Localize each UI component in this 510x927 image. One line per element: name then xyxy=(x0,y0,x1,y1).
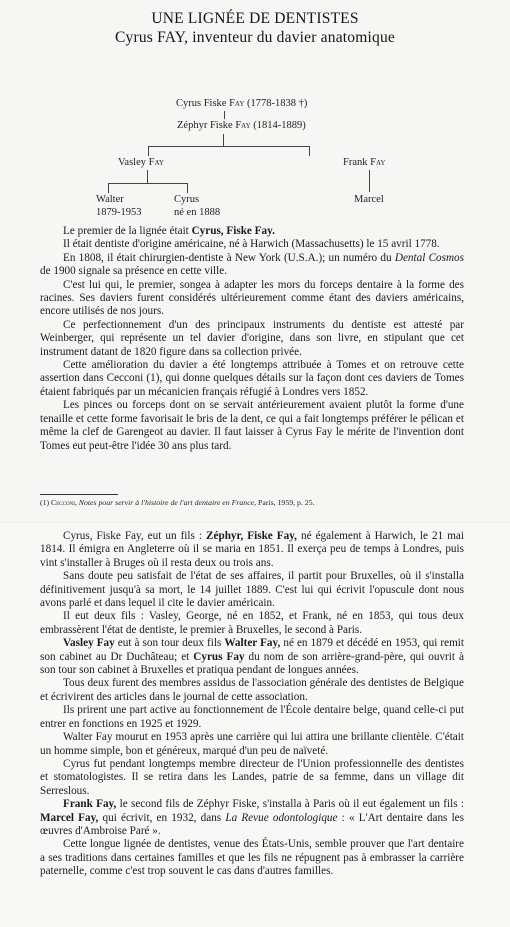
footnote-rest: , Paris, 1959, p. 25. xyxy=(254,498,314,507)
footnote-number: (1) xyxy=(40,498,51,507)
text: En 1808, il était chirurgien-dentiste à … xyxy=(63,252,395,264)
paragraph: Cette longue lignée de dentistes, venue … xyxy=(40,838,464,878)
paragraph: Il eut deux fils : Vasley, George, né en… xyxy=(40,610,464,637)
paragraph: Cyrus, Fiske Fay, eut un fils : Zéphyr, … xyxy=(40,530,464,570)
page-subtitle: Cyrus FAY, inventeur du davier anatomiqu… xyxy=(0,29,510,47)
paragraph: Walter Fay mourut en 1953 après une carr… xyxy=(40,731,464,758)
name: Cyrus xyxy=(174,193,220,206)
name: Walter xyxy=(96,193,142,206)
given-name: Zéphyr Fiske xyxy=(177,120,233,131)
footnote-author: Cecconi xyxy=(51,498,75,507)
tree-node-vasley: Vasley Fay xyxy=(118,156,164,169)
page-title: UNE LIGNÉE DE DENTISTES xyxy=(0,10,510,28)
dates: (1814-1889) xyxy=(253,120,306,131)
tree-node-cyrus-fiske: Cyrus Fiske Fay (1778-1838 †) xyxy=(176,97,307,110)
text: le second fils de Zéphyr Fiske, s'instal… xyxy=(116,798,464,810)
tree-connector xyxy=(148,146,310,147)
bold-name: Marcel Fay, xyxy=(40,812,98,824)
paragraph: Cyrus fut pendant longtemps membre direc… xyxy=(40,758,464,798)
footnote-divider xyxy=(40,494,118,495)
bold-name: Walter Fay, xyxy=(224,637,280,649)
paragraph: Le premier de la lignée était Cyrus, Fis… xyxy=(40,225,464,238)
tree-connector xyxy=(224,111,225,119)
tree-node-marcel: Marcel xyxy=(354,193,384,206)
dates: (1778-1838 †) xyxy=(247,98,307,109)
tree-node-walter: Walter 1879-1953 xyxy=(96,193,142,219)
section-2-text: Cyrus, Fiske Fay, eut un fils : Zéphyr, … xyxy=(40,530,464,879)
paragraph: Vasley Fay eut à son tour deux fils Walt… xyxy=(40,637,464,677)
tree-connector xyxy=(148,146,149,156)
given-name: Frank xyxy=(343,157,368,168)
paragraph: En 1808, il était chirurgien-dentiste à … xyxy=(40,252,464,279)
text: Cyrus, Fiske Fay, eut un fils : xyxy=(63,530,206,542)
name: Marcel xyxy=(354,193,384,206)
tree-connector xyxy=(147,170,148,183)
text: de 1900 signale sa présence en cette vil… xyxy=(40,265,227,277)
text: qui écrivit, en 1932, dans xyxy=(98,812,225,824)
surname: Fay xyxy=(370,157,385,168)
bold-name: Cyrus Fay xyxy=(193,651,244,663)
bold-name: Cyrus, Fiske Fay. xyxy=(192,225,275,237)
bold-name: Zéphyr, Fiske Fay, xyxy=(206,530,297,542)
tree-connector xyxy=(108,183,109,193)
given-name: Cyrus Fiske xyxy=(176,98,226,109)
tree-connector xyxy=(309,146,310,156)
journal-title: La Revue odontologique xyxy=(225,812,337,824)
dates: 1879-1953 xyxy=(96,206,142,219)
surname: Fay xyxy=(235,120,250,131)
paragraph: C'est lui qui, le premier, songea à adap… xyxy=(40,279,464,319)
tree-connector xyxy=(187,183,188,193)
footnote-title: Notes pour servir à l'histoire de l'art … xyxy=(79,498,254,507)
journal-title: Dental Cosmos xyxy=(395,252,464,264)
tree-node-zephyr-fiske: Zéphyr Fiske Fay (1814-1889) xyxy=(177,119,306,132)
dates: né en 1888 xyxy=(174,206,220,219)
tree-connector xyxy=(369,170,370,192)
paragraph: Frank Fay, le second fils de Zéphyr Fisk… xyxy=(40,798,464,838)
bold-name: Vasley Fay xyxy=(63,637,115,649)
paragraph: Cette amélioration du davier a été longt… xyxy=(40,359,464,399)
surname: Fay xyxy=(149,157,164,168)
paragraph: Ils prirent une part active au fonctionn… xyxy=(40,704,464,731)
tree-connector xyxy=(223,134,224,146)
surname: Fay xyxy=(229,98,244,109)
paragraph: Les pinces ou forceps dont on se servait… xyxy=(40,399,464,453)
paragraph: Ce perfectionnement d'un des principaux … xyxy=(40,319,464,359)
paragraph: Sans doute peu satisfait de l'état de se… xyxy=(40,570,464,610)
paragraph: Tous deux furent des membres assidus de … xyxy=(40,677,464,704)
paragraph: Il était dentiste d'origine américaine, … xyxy=(40,238,464,251)
bold-name: Frank Fay, xyxy=(63,798,116,810)
tree-connector xyxy=(108,183,188,184)
text: Le premier de la lignée était xyxy=(63,225,192,237)
given-name: Vasley xyxy=(118,157,146,168)
footnote: (1) Cecconi, Notes pour servir à l'histo… xyxy=(40,498,470,507)
section-1-text: Le premier de la lignée était Cyrus, Fis… xyxy=(40,225,464,453)
text: eut à son tour deux fils xyxy=(115,637,225,649)
tree-node-cyrus: Cyrus né en 1888 xyxy=(174,193,220,219)
tree-node-frank: Frank Fay xyxy=(343,156,385,169)
